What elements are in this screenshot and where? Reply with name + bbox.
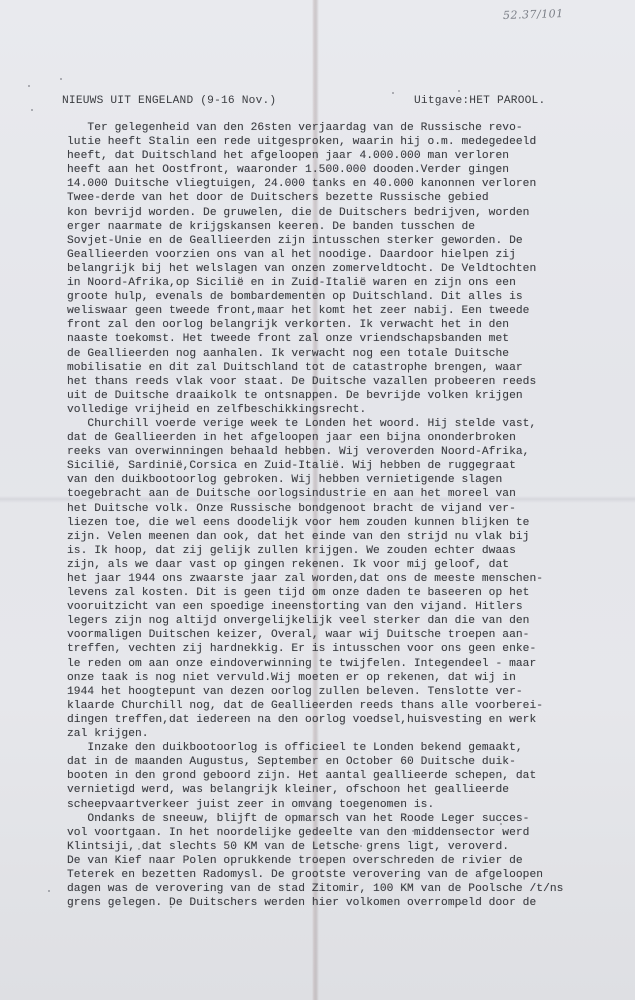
ink-speck: [48, 890, 50, 892]
text-line: klaarde Churchill nog, dat de Geallieerd…: [67, 699, 607, 713]
text-line: Inzake den duikbootoorlog is officieel t…: [67, 741, 607, 755]
text-line: 14.000 Duitsche vliegtuigen, 24.000 tank…: [67, 177, 607, 191]
paragraph: Ter gelegenheid van den 26sten verjaarda…: [67, 121, 607, 417]
ink-speck: [392, 92, 394, 94]
text-line: booten in den grond geboord zijn. Het aa…: [67, 769, 607, 783]
text-line: Teterek en bezetten Radomysl. De grootst…: [67, 868, 607, 882]
text-line: erger naarmate de krijgskansen keeren. D…: [67, 220, 607, 234]
text-line: zijn. Velen meenen dan ook, dat het eind…: [67, 530, 607, 544]
text-line: in Noord-Afrika,op Sicilië en in Zuid-It…: [67, 276, 607, 290]
text-line: het Duitsche volk. Onze Russische bondge…: [67, 502, 607, 516]
text-line: Twee-derde van het door de Duitschers be…: [67, 191, 607, 205]
text-line: zal krijgen.: [67, 727, 607, 741]
text-line: Sovjet-Unie en de Geallieerden zijn intu…: [67, 234, 607, 248]
text-line: lutie heeft Stalin een rede uitgesproken…: [67, 135, 607, 149]
text-line: le reden om aan onze eindoverwinning te …: [67, 657, 607, 671]
text-line: Churchill voerde verige week te Londen h…: [67, 417, 607, 431]
text-line: levens zal kosten. Dit is geen tijd om o…: [67, 586, 607, 600]
text-line: voormaligen Duitschen keizer, Overal, wa…: [67, 628, 607, 642]
text-line: vooruitzicht van een spoedige ineenstort…: [67, 600, 607, 614]
text-line: is. Ik hoop, dat zij gelijk zullen krijg…: [67, 544, 607, 558]
text-line: uit de Duitsche draaikolk te ontsnappen.…: [67, 389, 607, 403]
text-line: 1944 het hoogtepunt van dezen oorlog zul…: [67, 685, 607, 699]
text-line: dat in de maanden Augustus, September en…: [67, 755, 607, 769]
text-line: dat de Geallieerden in het afgeloopen ja…: [67, 431, 607, 445]
document-body: Ter gelegenheid van den 26sten verjaarda…: [67, 121, 607, 910]
text-line: De van Kief naar Polen oprukkende troepe…: [67, 854, 607, 868]
ink-speck: [360, 845, 362, 847]
text-line: Geallieerden voorzien ons van al het noo…: [67, 248, 607, 262]
text-line: onze taak is nog niet vervuld.Wij moeten…: [67, 671, 607, 685]
text-line: groote hulp, evenals de bombardementen o…: [67, 290, 607, 304]
text-line: legers zijn nog altijd onvergelijkelijk …: [67, 614, 607, 628]
text-line: vernietigd werd, was belangrijk kleiner,…: [67, 783, 607, 797]
text-line: weliswaar geen tweede front,maar het kom…: [67, 304, 607, 318]
document-title: NIEUWS UIT ENGELAND (9-16 Nov.): [62, 95, 276, 107]
paragraph: Inzake den duikbootoorlog is officieel t…: [67, 741, 607, 811]
text-line: zijn, als we daar vast op gingen rekenen…: [67, 558, 607, 572]
text-line: dagen was de verovering van de stad Zito…: [67, 882, 607, 896]
text-line: Sicilië, Sardinië,Corsica en Zuid-Italië…: [67, 459, 607, 473]
archive-number: 52.37/101: [503, 7, 564, 22]
paragraph: Churchill voerde verige week te Londen h…: [67, 417, 607, 741]
text-line: de Geallieerden nog aanhalen. Ik verwach…: [67, 347, 607, 361]
text-line: belangrijk bij het welslagen van onzen z…: [67, 262, 607, 276]
text-line: heeft aan het Oostfront, waaronder 1.500…: [67, 163, 607, 177]
text-line: vol voortgaan. In het noordelijke gedeel…: [67, 826, 607, 840]
ink-speck: [458, 90, 460, 92]
ink-speck: [412, 830, 414, 832]
ink-speck: [31, 109, 33, 111]
text-line: treffen, vechten zij hardnekkig. Er is i…: [67, 642, 607, 656]
publisher-label: Uitgave:HET PAROOL.: [414, 95, 545, 107]
document-header: NIEUWS UIT ENGELAND (9-16 Nov.) Uitgave:…: [62, 95, 572, 111]
text-line: dingen treffen,dat iedereen na den oorlo…: [67, 713, 607, 727]
text-line: volledige vrijheid en zelfbeschikkingsre…: [67, 403, 607, 417]
text-line: reeks van overwinningen behaald hebben. …: [67, 445, 607, 459]
text-line: het jaar 1944 ons zwaarste jaar zal word…: [67, 572, 607, 586]
text-line: kon bevrijd worden. De gruwelen, die de …: [67, 206, 607, 220]
text-line: mobilisatie en dit zal Duitschland tot d…: [67, 361, 607, 375]
scanned-document-page: 52.37/101 NIEUWS UIT ENGELAND (9-16 Nov.…: [0, 0, 635, 1000]
text-line: het thans reeds vlak voor staat. De Duit…: [67, 375, 607, 389]
ink-speck: [60, 78, 62, 80]
text-line: Klintsiji, dat slechts 50 KM van de Lets…: [67, 840, 607, 854]
ink-speck: [500, 823, 502, 825]
text-line: Ter gelegenheid van den 26sten verjaarda…: [67, 121, 607, 135]
text-line: front zal den oorlog belangrijk verkorte…: [67, 318, 607, 332]
ink-speck: [138, 848, 140, 850]
text-line: grens gelegen. De Duitschers werden hier…: [67, 896, 607, 910]
text-line: toegebracht aan de Duitsche oorlogsindus…: [67, 487, 607, 501]
ink-speck: [460, 902, 462, 904]
paragraph: Ondanks de sneeuw, blijft de opmarsch va…: [67, 812, 607, 911]
ink-speck: [28, 85, 30, 87]
text-line: heeft, dat Duitschland het afgeloopen ja…: [67, 149, 607, 163]
text-line: naaste toekomst. Het tweede front zal on…: [67, 332, 607, 346]
text-line: Ondanks de sneeuw, blijft de opmarsch va…: [67, 812, 607, 826]
text-line: liezen toe, die wel eens doodelijk voor …: [67, 516, 607, 530]
text-line: scheepvaartverkeer juist zeer in omvang …: [67, 798, 607, 812]
text-line: van den duikbootoorlog gebroken. Wij heb…: [67, 473, 607, 487]
ink-speck: [170, 906, 172, 908]
